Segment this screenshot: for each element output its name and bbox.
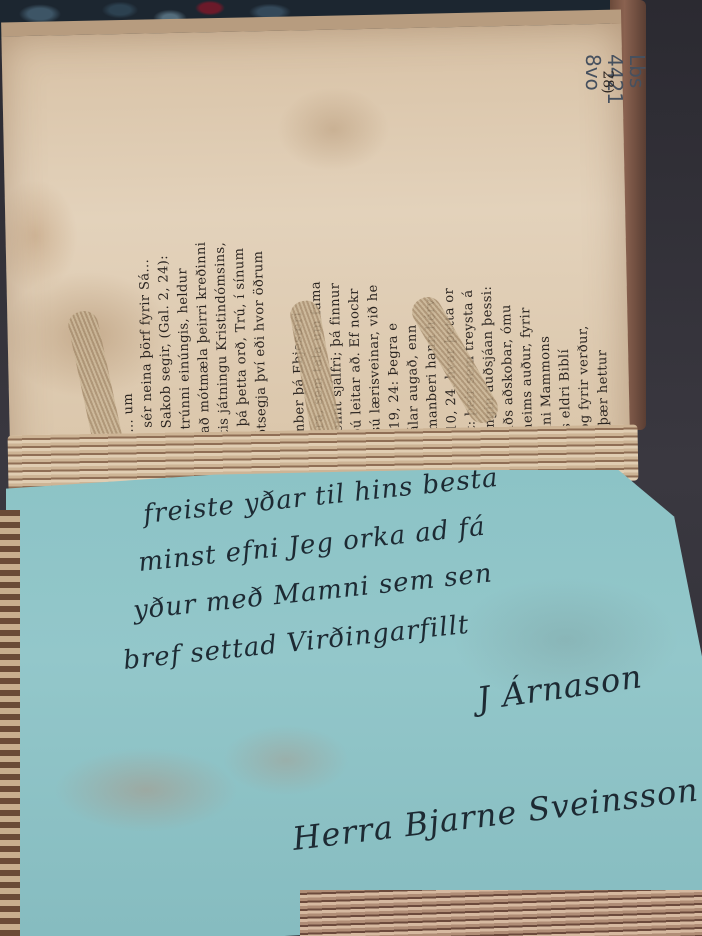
shelfmark-collection: Lbs: [626, 54, 648, 110]
book-photograph: ur þá ... um ur hjá sér neina þörf fyrir…: [0, 0, 702, 936]
shelfmark: Lbs 4421 8vo: [528, 54, 648, 110]
page-edge-left: [0, 510, 20, 936]
page-number: 28): [600, 70, 616, 93]
page-edge-bottom: [300, 890, 702, 936]
